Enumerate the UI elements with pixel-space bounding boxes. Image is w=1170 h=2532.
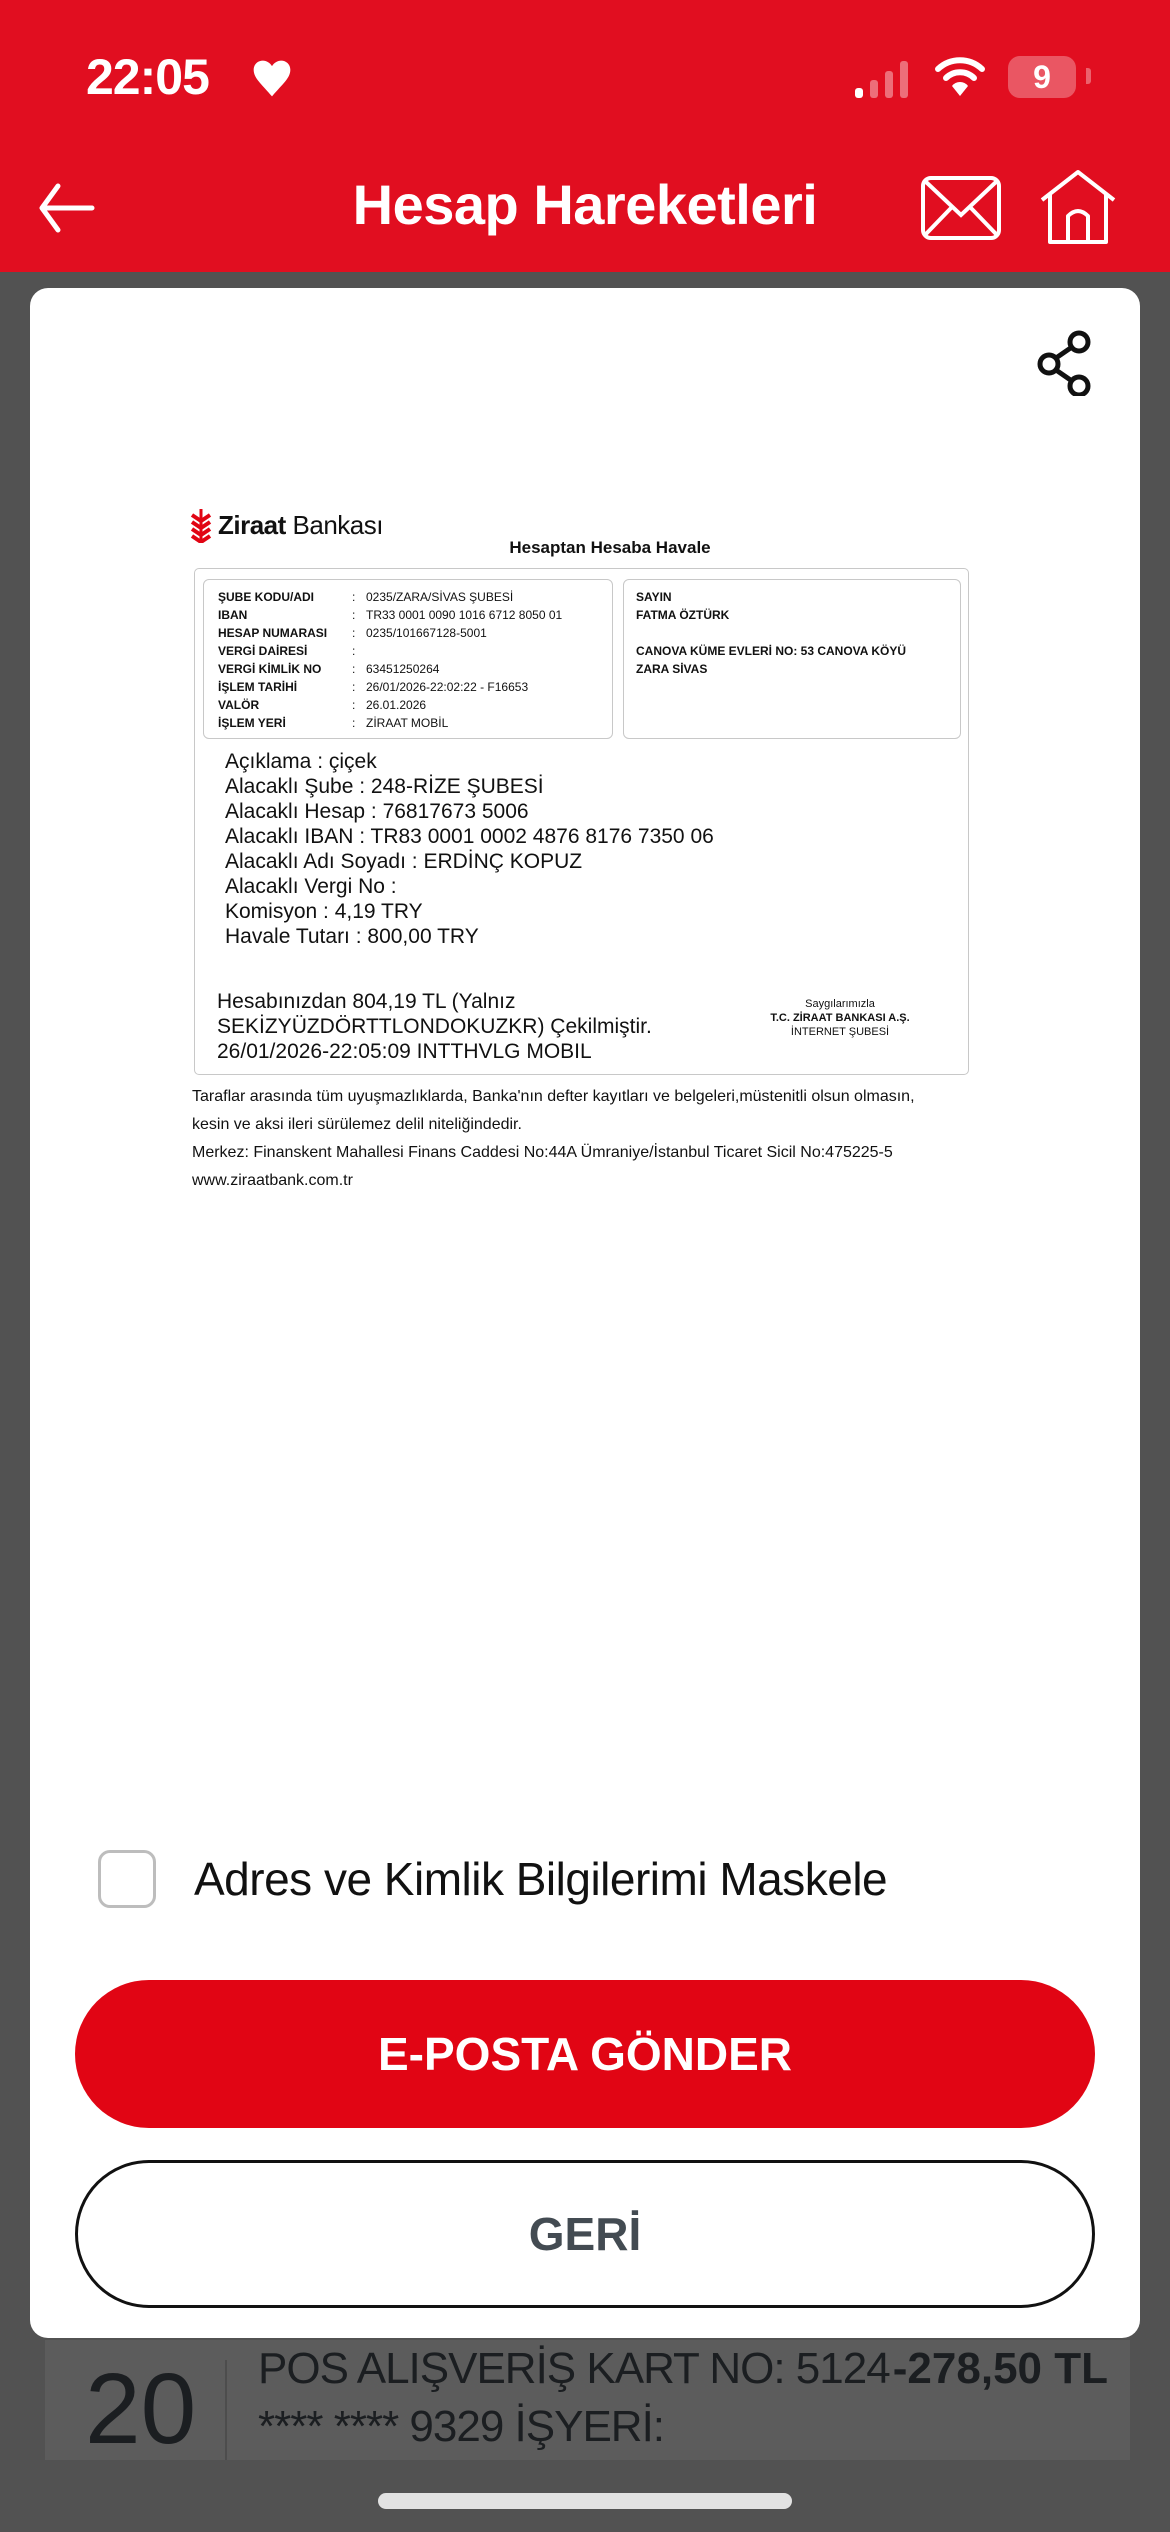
info-row: VALÖR:26.01.2026 bbox=[218, 696, 426, 714]
salutation: SAYIN bbox=[636, 590, 672, 604]
detail-line: Açıklama : çiçek bbox=[225, 749, 714, 774]
transaction-day: 20 bbox=[85, 2352, 196, 2467]
bank-name: Ziraat Bankası bbox=[218, 510, 383, 541]
footer-line: Merkez: Finanskent Mahallesi Finans Cadd… bbox=[192, 1139, 915, 1167]
detail-line: Alacaklı IBAN : TR83 0001 0002 4876 8176… bbox=[225, 824, 714, 849]
mask-checkbox-label[interactable]: Adres ve Kimlik Bilgilerimi Maskele bbox=[194, 1852, 887, 1906]
document-frame: ŞUBE KODU/ADI:0235/ZARA/SİVAS ŞUBESİ IBA… bbox=[194, 568, 969, 1075]
transaction-description-line1: POS ALIŞVERİŞ KART NO: 5124 bbox=[258, 2340, 908, 2398]
app-header: 22:05 9 Hesap Hareketleri bbox=[0, 0, 1170, 272]
back-button[interactable]: GERİ bbox=[75, 2160, 1095, 2308]
summary-line: 26/01/2026-22:05:09 INTTHVLG MOBIL bbox=[217, 1039, 652, 1064]
transaction-description-line2: **** **** 9329 İŞYERİ: bbox=[258, 2398, 908, 2456]
share-icon[interactable] bbox=[1035, 330, 1095, 396]
mask-checkbox[interactable] bbox=[98, 1850, 156, 1908]
status-time: 22:05 bbox=[86, 48, 209, 106]
envelope-icon[interactable] bbox=[920, 175, 1002, 241]
footer-line: Taraflar arasında tüm uyuşmazlıklarda, B… bbox=[192, 1083, 915, 1111]
transfer-details: Açıklama : çiçek Alacaklı Şube : 248-RİZ… bbox=[225, 749, 714, 949]
heart-icon bbox=[250, 56, 294, 100]
transaction-row[interactable]: 20 POS ALIŞVERİŞ KART NO: 5124 **** ****… bbox=[45, 2340, 1130, 2460]
bank-signature: Saygılarımızla T.C. ZİRAAT BANKASI A.Ş. … bbox=[765, 997, 915, 1039]
divider bbox=[225, 2360, 227, 2460]
detail-line: Alacaklı Şube : 248-RİZE ŞUBESİ bbox=[225, 774, 714, 799]
info-row: VERGİ KİMLİK NO:63451250264 bbox=[218, 660, 439, 678]
summary-line: Hesabınızdan 804,19 TL (Yalnız bbox=[217, 989, 652, 1014]
account-info-box: ŞUBE KODU/ADI:0235/ZARA/SİVAS ŞUBESİ IBA… bbox=[203, 579, 613, 739]
signature-line: İNTERNET ŞUBESİ bbox=[765, 1025, 915, 1039]
signature-line: T.C. ZİRAAT BANKASI A.Ş. bbox=[765, 1011, 915, 1025]
info-row: IBAN:TR33 0001 0090 1016 6712 8050 01 bbox=[218, 606, 562, 624]
battery-cap bbox=[1086, 68, 1091, 84]
info-row: ŞUBE KODU/ADI:0235/ZARA/SİVAS ŞUBESİ bbox=[218, 588, 513, 606]
address-line-2: ZARA SİVAS bbox=[636, 662, 707, 676]
info-row: İŞLEM TARİHİ:26/01/2026-22:02:22 - F1665… bbox=[218, 678, 528, 696]
legal-footer: Taraflar arasında tüm uyuşmazlıklarda, B… bbox=[192, 1083, 915, 1195]
recipient-address-box: SAYIN FATMA ÖZTÜRK CANOVA KÜME EVLERİ NO… bbox=[623, 579, 961, 739]
detail-line: Alacaklı Vergi No : bbox=[225, 874, 714, 899]
withdrawal-summary: Hesabınızdan 804,19 TL (Yalnız SEKİZYÜZD… bbox=[217, 989, 652, 1064]
detail-line: Komisyon : 4,19 TRY bbox=[225, 899, 714, 924]
info-row: İŞLEM YERİ:ZİRAAT MOBİL bbox=[218, 714, 448, 732]
address-line-1: CANOVA KÜME EVLERİ NO: 53 CANOVA KÖYÜ bbox=[636, 644, 906, 658]
mask-info-option[interactable]: Adres ve Kimlik Bilgilerimi Maskele bbox=[98, 1850, 887, 1908]
customer-name: FATMA ÖZTÜRK bbox=[636, 608, 729, 622]
detail-line: Havale Tutarı : 800,00 TRY bbox=[225, 924, 714, 949]
transaction-amount: -278,50 TL bbox=[893, 2340, 1108, 2398]
battery-icon: 9 bbox=[1008, 56, 1076, 98]
footer-link[interactable]: www.ziraatbank.com.tr bbox=[192, 1167, 915, 1195]
signature-line: Saygılarımızla bbox=[765, 997, 915, 1011]
wifi-icon bbox=[935, 54, 985, 98]
send-email-button[interactable]: E-POSTA GÖNDER bbox=[75, 1980, 1095, 2128]
home-indicator[interactable] bbox=[378, 2493, 792, 2509]
home-icon[interactable] bbox=[1038, 168, 1118, 246]
info-row: HESAP NUMARASI:0235/101667128-5001 bbox=[218, 624, 487, 642]
detail-line: Alacaklı Adı Soyadı : ERDİNÇ KOPUZ bbox=[225, 849, 714, 874]
signal-icon bbox=[855, 58, 915, 98]
info-row: VERGİ DAİRESİ: bbox=[218, 642, 366, 660]
transaction-description: POS ALIŞVERİŞ KART NO: 5124 **** **** 93… bbox=[258, 2340, 908, 2456]
footer-line: kesin ve aksi ileri sürülemez delil nite… bbox=[192, 1111, 915, 1139]
document-title: Hesaptan Hesaba Havale bbox=[190, 538, 990, 558]
summary-line: SEKİZYÜZDÖRTTLONDOKUZKR) Çekilmiştir. bbox=[217, 1014, 652, 1039]
detail-line: Alacaklı Hesap : 76817673 5006 bbox=[225, 799, 714, 824]
